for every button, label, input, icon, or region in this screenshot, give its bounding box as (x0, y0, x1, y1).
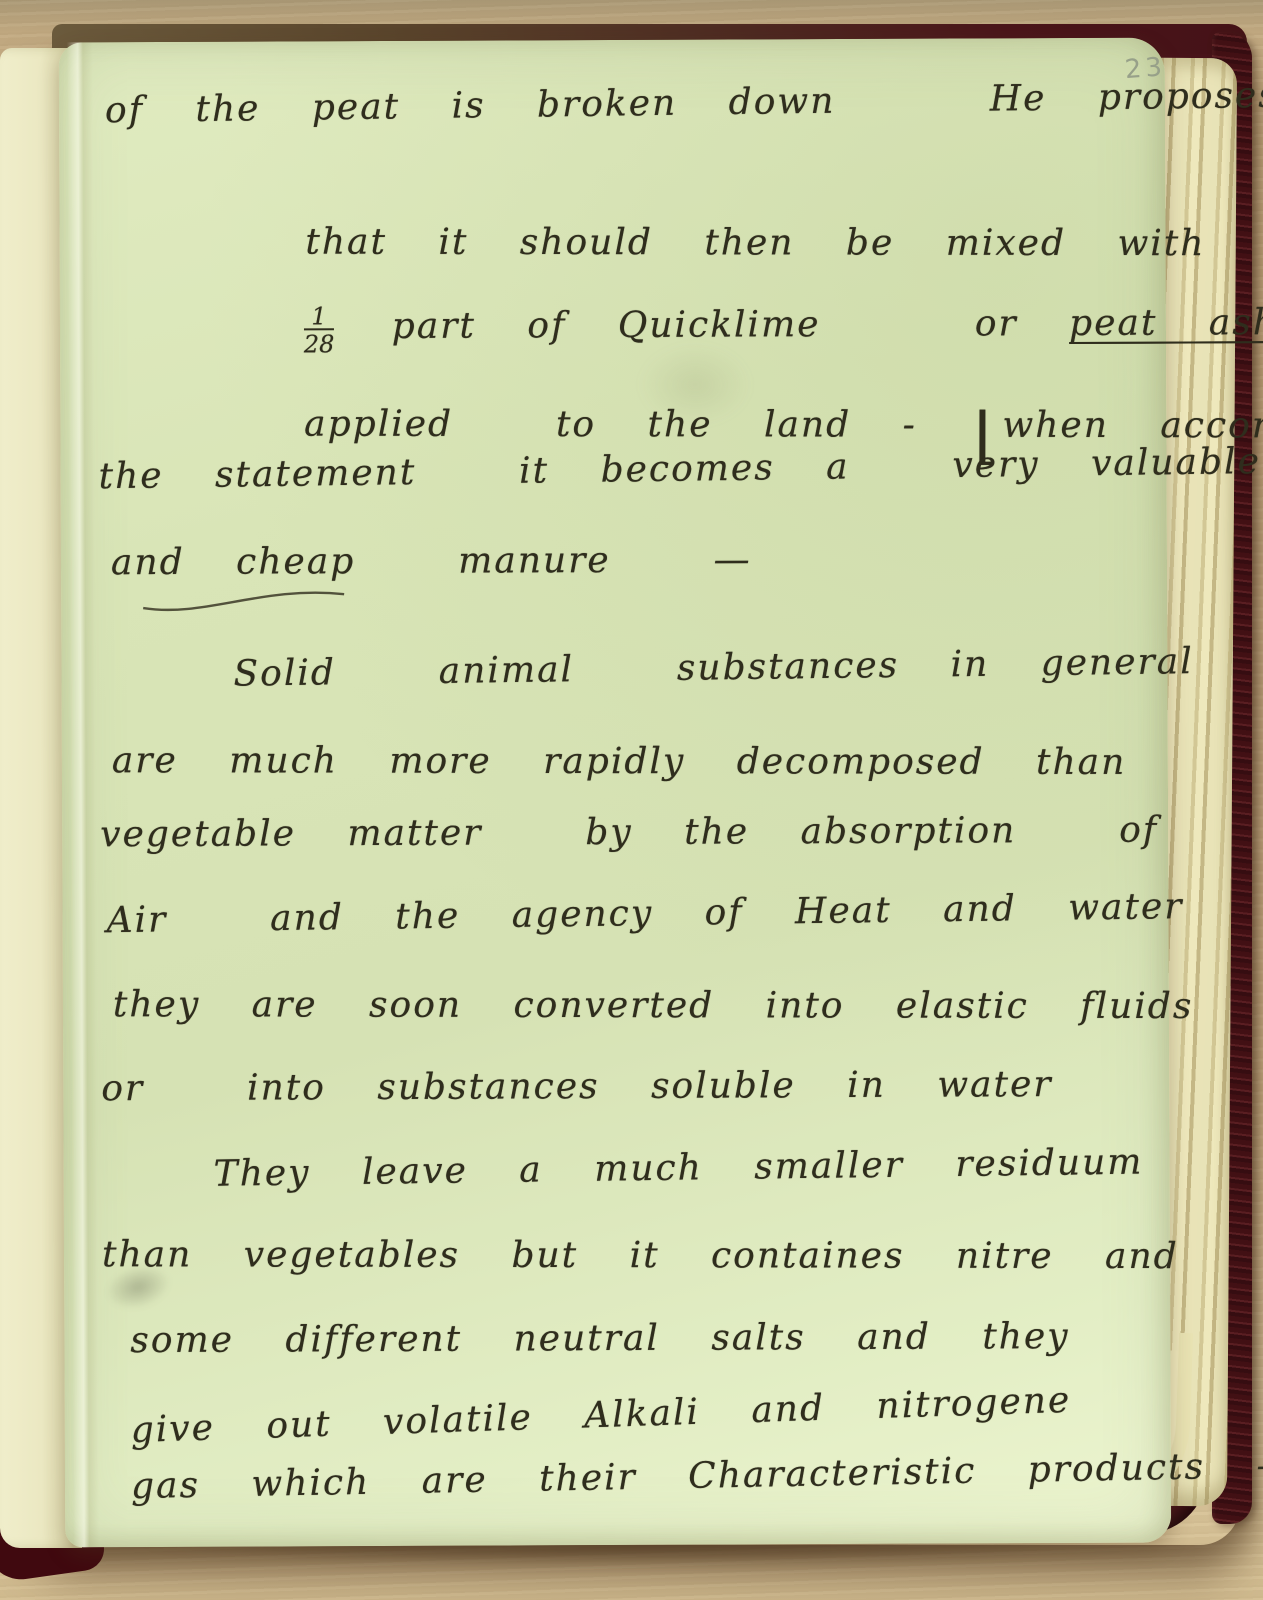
handwriting-line: or into substances soluble in water (101, 1064, 1052, 1110)
underlined-words: peat ashes (1069, 302, 1263, 344)
fraction-denominator: 28 (304, 329, 335, 357)
handwriting-line: Solid animal substances in general (233, 641, 1194, 695)
fraction-numerator: 1 (304, 305, 335, 329)
handwriting-line: of the peat is broken down He proposes (105, 75, 1263, 132)
handwriting-line: vegetable matter by the absorption of (100, 810, 1158, 856)
handwriting-line: give out volatile Alkali and nitrogene (130, 1380, 1072, 1452)
fraction-one-twenty-eighth: 128 (304, 305, 335, 357)
handwriting-line: are much more rapidly decomposed than (112, 740, 1127, 783)
handwriting-line: some different neutral salts and they (130, 1316, 1069, 1361)
handwriting-line: gas which are their Characteristic produ… (131, 1445, 1263, 1508)
handwriting-line: than vegetables but it containes nitre a… (102, 1234, 1179, 1277)
manuscript-page: 23 of the peat is broken down He propose… (59, 38, 1172, 1548)
page-gutter-crease (67, 42, 100, 1547)
handwriting-segment: that it should then be mixed with (305, 222, 1263, 265)
handwriting-line: Air and the agency of Heat and water (106, 886, 1183, 941)
handwriting-line: They leave a much smaller residuum (213, 1142, 1143, 1196)
handwriting-line: and cheap manure — (111, 539, 752, 583)
handwriting-segment: applied to the land - (304, 404, 968, 446)
flourish-underline (139, 581, 354, 620)
handwriting-line: they are soon converted into elastic flu… (113, 984, 1194, 1027)
handwriting-segment: part of Quicklime or (340, 303, 1069, 347)
